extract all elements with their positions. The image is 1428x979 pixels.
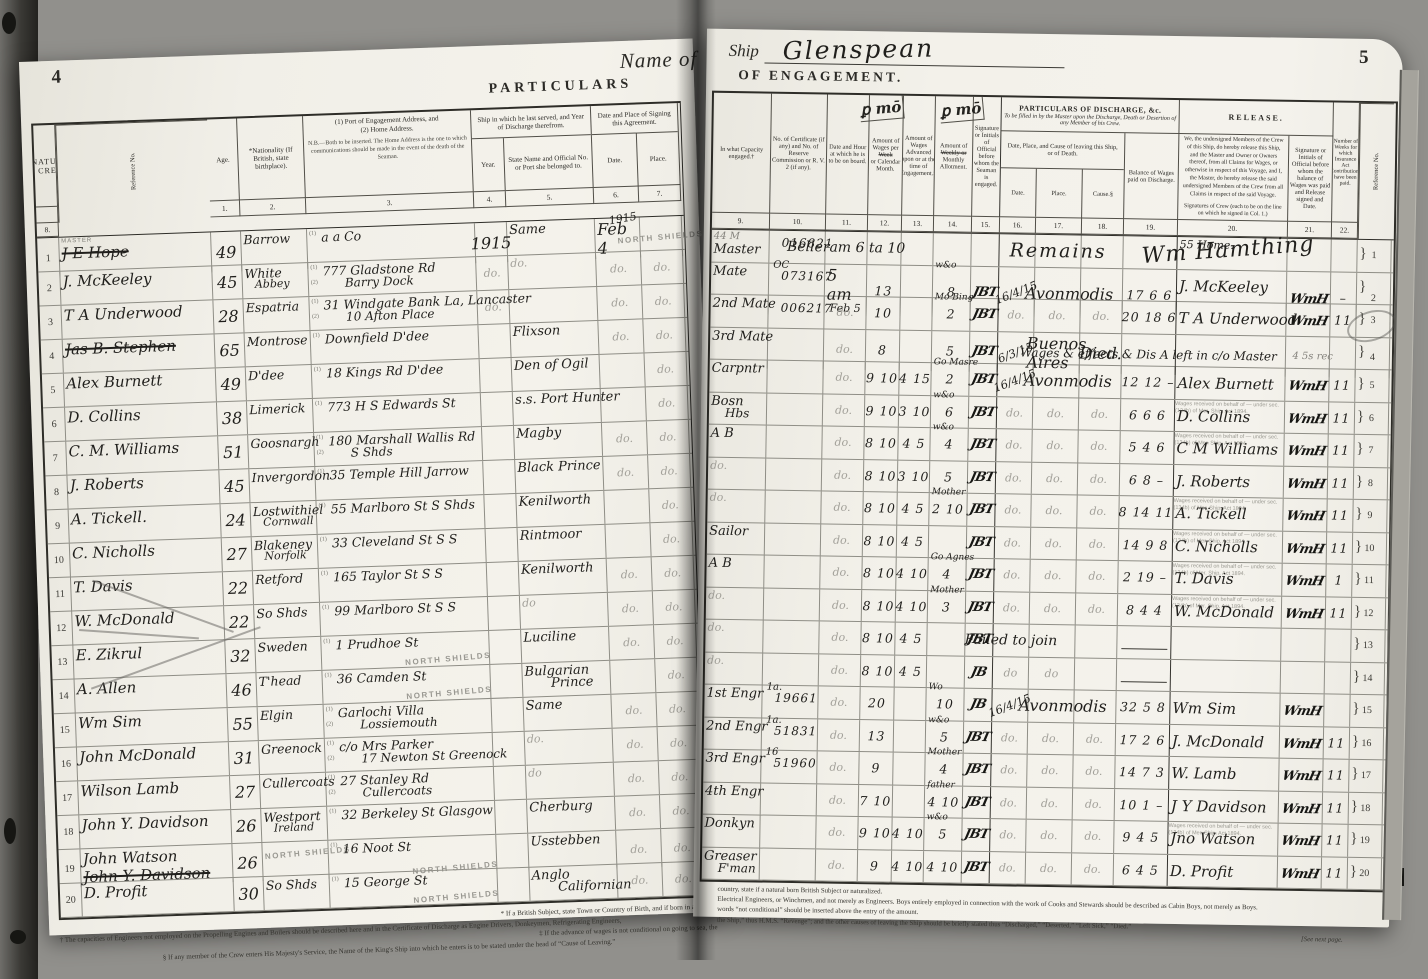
cell-capacity: 2nd Mate <box>710 295 768 327</box>
reference-number: 14 <box>1362 673 1372 684</box>
reference-number: 10 <box>1364 543 1374 554</box>
cell-release <box>1171 659 1281 692</box>
cell-discharge-cause: do. <box>1073 788 1115 820</box>
cell-last-ship: AngloCalifornian <box>529 865 618 901</box>
official-initials: JBT <box>963 795 990 810</box>
crew-signature: C. M. Williams <box>68 437 216 460</box>
cell-release: Wages received on behalf of — under sec.… <box>1173 497 1283 530</box>
advance-value: 4 10 <box>895 598 927 613</box>
weeks-value: 11 <box>1332 443 1350 458</box>
col-header-discharge-cause: Cause.§ <box>1082 170 1124 219</box>
age-value: 28 <box>218 307 239 327</box>
address-line-1: 773 H S Edwards St <box>327 394 478 414</box>
discharge-cause-value: dis <box>1083 697 1107 716</box>
edge-blob <box>10 930 26 944</box>
cell-release: Wages received on behalf of — under sec.… <box>1174 432 1284 465</box>
cell-release: Wages received on behalf of — under sec.… <box>1172 562 1282 595</box>
cell-reference-no: 4 <box>41 340 64 374</box>
cell-wages: 8 10 <box>861 655 895 687</box>
capacity-value: A B <box>709 556 762 572</box>
capacity-value: do. <box>710 458 763 472</box>
cell-year <box>488 596 521 630</box>
col-number-10: 10. <box>770 214 826 231</box>
reference-number: 4 <box>1370 352 1375 363</box>
allotment-note: Mother <box>928 747 962 758</box>
nationality-value: So Shds <box>256 604 317 621</box>
wages-value: 8 10 <box>863 565 895 580</box>
ship-label: Ship <box>729 41 760 60</box>
cell-official <box>971 234 999 266</box>
discharge-place-value: do. <box>1041 764 1058 777</box>
crew-signature: C. Nicholls <box>72 539 220 562</box>
cell-reference-no: 19 <box>58 849 81 888</box>
address-printed-mark: (1) <box>309 231 316 237</box>
age-value: 24 <box>225 510 246 530</box>
age-value: 45 <box>217 273 238 293</box>
advance-value: 3 10 <box>898 403 930 418</box>
reference-number: 6 <box>51 419 56 430</box>
cell-reference-no: }17 <box>1349 760 1383 792</box>
col-header-official-2: Signature or Initials of Official before… <box>1288 136 1333 223</box>
col-header-balance: Balance of Wages paid on Discharge. <box>1124 133 1179 220</box>
date-value: do. <box>616 432 633 446</box>
official-initials: JBT <box>962 859 989 874</box>
board-value: do. <box>829 793 846 806</box>
discharge-date-value: do. <box>1003 601 1020 614</box>
cell-signing-date: do. <box>615 795 661 830</box>
address-line-1: Downfield D'dee <box>325 326 476 346</box>
cell-discharge-date: do. <box>996 429 1032 461</box>
date-value: do. <box>631 874 648 888</box>
official-initials-2: WmH <box>1283 574 1324 590</box>
address-line-1: 35 Temple Hill Jarrow <box>329 462 480 482</box>
age-value: 22 <box>229 612 250 632</box>
address-printed-mark: (1) <box>323 639 330 645</box>
address-line-1: 33 Cleveland St S S <box>332 530 483 550</box>
cell-wages: 13 <box>860 720 894 752</box>
age-value: 46 <box>231 680 252 700</box>
cell-discharge-date: Failed to join <box>993 624 1029 656</box>
board-value: do. <box>834 468 851 481</box>
board-value: do. <box>833 501 850 514</box>
address-printed-mark: (1) <box>326 706 333 712</box>
discharge-cause-value: dis <box>1088 372 1112 391</box>
north-shields-stamp: NORTH SHIELDS <box>413 889 500 905</box>
cell-wages: 9 10 <box>865 395 899 427</box>
cell-nationality: BlakeneyNorfolk <box>252 535 319 570</box>
allotment-value: 5 <box>944 469 953 484</box>
cell-year <box>489 630 522 664</box>
weeks-value: 11 <box>1330 540 1348 555</box>
cell-discharge-date: do. <box>992 722 1028 754</box>
cell-wages: 9 10 <box>858 817 892 849</box>
cell-reference-no: }18 <box>1349 792 1383 824</box>
cell-signature: John McDonald <box>77 742 230 780</box>
release-signature: W. McDonald <box>1174 601 1279 621</box>
reference-number: 13 <box>57 657 67 668</box>
reference-number: 18 <box>1360 803 1370 814</box>
col-number-2: 2. <box>240 198 307 216</box>
cell-year <box>482 426 515 460</box>
cell-certificate-no <box>766 458 822 490</box>
cell-weeks: 11 <box>1322 824 1348 856</box>
release-text: We, the undersigned Members of the Crew … <box>1182 136 1284 200</box>
official-initials-2: WmH <box>1283 607 1324 623</box>
release-signature: D. Profit <box>1170 861 1275 881</box>
cell-last-ship: Kenilworth <box>516 491 605 527</box>
cell-board-time: do. <box>820 556 862 588</box>
weeks-value: 11 <box>1326 800 1344 815</box>
cell-nationality: Sweden <box>255 637 322 672</box>
cell-nationality: Retford <box>253 569 320 604</box>
col-number-14: 14. <box>934 216 972 233</box>
cell-advance: 4 10 <box>892 850 924 882</box>
official-initials: JBT <box>970 307 997 322</box>
cell-reference-no: }6 <box>1355 402 1389 434</box>
scanned-crew-agreement: 4 Name of PARTICULARS Reference No. SIGN… <box>0 0 1428 979</box>
col-header-date: Date. <box>592 134 639 188</box>
allotment-value: 4 <box>944 437 953 452</box>
nationality-value: Retford <box>255 570 316 587</box>
cell-nationality: Cullercoats <box>260 773 327 808</box>
address-printed-mark: (1) <box>321 571 328 577</box>
col-number-9: 9. <box>712 213 770 230</box>
ship-name-value: s.s. Port Hunter <box>515 390 598 408</box>
cell-certificate-no <box>763 653 819 685</box>
allotment-note: w&o <box>927 812 948 822</box>
reference-number: 13 <box>1363 640 1373 651</box>
col-number-1: 1. <box>210 200 241 217</box>
cell-year <box>483 460 516 494</box>
cell-discharge-place: Remains <box>1035 235 1081 267</box>
allotment-value: 5 <box>940 729 949 744</box>
board-value: do. <box>835 371 852 384</box>
crew-signature: J. McKeeley <box>62 268 210 291</box>
nationality-value: T'head <box>258 672 319 689</box>
col-number-5: 5. <box>506 188 595 207</box>
cell-wages: 9 <box>858 850 892 882</box>
ship-name-value: Same <box>509 220 592 238</box>
cell-weeks <box>1325 629 1351 661</box>
discharge-place-value: do. <box>1044 569 1061 582</box>
cell-address: (1)31 Windgate Bank La, Lancaster(2)10 A… <box>309 291 478 330</box>
cell-age: 38 <box>217 401 248 435</box>
cell-board-time: do. <box>819 621 861 653</box>
crew-signature: E. Zikrul <box>75 641 223 664</box>
nationality-value: Sweden <box>257 638 318 655</box>
cell-year: do. <box>476 256 509 290</box>
reference-number: 16 <box>61 759 71 770</box>
cell-signature: J. Roberts <box>67 470 220 508</box>
nationality-value: Barrow <box>243 230 304 247</box>
age-value: 38 <box>222 408 243 428</box>
cell-reference-no: 7 <box>44 442 67 476</box>
cell-reference-no: }20 <box>1348 857 1382 889</box>
cell-official: JBT <box>968 461 996 493</box>
col-number-8: 8. <box>37 223 59 238</box>
edge-blob <box>2 12 16 34</box>
discharge-date-value: do. <box>1003 569 1020 582</box>
cell-weeks <box>1324 694 1350 726</box>
allotment-note: Mother <box>932 487 966 498</box>
address-printed-mark: (1) <box>317 469 324 475</box>
discharge-note: Failed to join <box>965 631 1058 648</box>
cell-weeks: 11 <box>1323 759 1349 791</box>
balance-value: 8 4 4 <box>1126 602 1163 618</box>
brace-mark: } <box>1355 538 1362 555</box>
address-printed-mark: (1) <box>329 808 336 814</box>
date-value: do. <box>629 806 646 820</box>
crew-signature: T. Davis <box>73 573 221 596</box>
cell-certificate-no <box>766 426 822 458</box>
capacity-value: Sailor <box>709 523 762 539</box>
cell-official: JBT <box>969 364 997 396</box>
cell-official-2: WmH <box>1284 434 1328 466</box>
reference-number: 11 <box>55 589 65 600</box>
cell-wages: 10 <box>866 297 900 329</box>
cell-certificate-no <box>765 491 821 523</box>
col-header-age: Age. <box>207 118 240 201</box>
discharge-place-value: do. <box>1041 797 1058 810</box>
balance-value: 17 2 6 <box>1119 732 1165 748</box>
cell-balance: 20 18 6 <box>1122 301 1176 333</box>
discharge-place-value: do. <box>1042 732 1059 745</box>
cell-advance <box>893 753 925 785</box>
cell-nationality: Goosnargh <box>248 433 315 468</box>
cell-official-2: WmH <box>1285 369 1329 401</box>
cell-official: JBT <box>964 721 992 753</box>
ship-name-value: Kenilworth <box>518 492 601 510</box>
cell-year <box>497 868 530 902</box>
brace-mark: } <box>1353 636 1360 653</box>
discharge-cause-value: do. <box>1089 537 1106 550</box>
cell-wages: 9 10 <box>865 362 899 394</box>
year-value: do. <box>483 266 500 280</box>
cell-weeks: 11 <box>1323 792 1349 824</box>
cell-balance: 9 4 5 <box>1114 821 1168 853</box>
col-number-16: 16. <box>1000 217 1036 234</box>
cell-discharge-date: do <box>993 657 1029 689</box>
cell-official: JBT <box>967 494 995 526</box>
cell-discharge-cause: do. <box>1073 755 1115 787</box>
col-header-weeks: Number of Weeks for which Insurance Act … <box>1332 102 1360 222</box>
cell-balance: 32 5 8 <box>1116 691 1170 723</box>
board-value: do. <box>832 598 849 611</box>
cell-advance: 4 5 <box>895 655 927 687</box>
cell-discharge-cause: do. <box>1078 430 1120 462</box>
ship-name-value: Rintmoor <box>520 526 603 544</box>
allotment-note: father <box>927 780 955 790</box>
nationality-value: Espatria <box>245 298 306 315</box>
cell-discharge-date: do. <box>996 462 1032 494</box>
wages-value: 8 10 <box>864 500 896 515</box>
balance-value: 10 1 – <box>1119 797 1163 813</box>
wages-value: 8 10 <box>861 663 893 678</box>
advance-value: 4 5 <box>901 533 924 548</box>
discharge-cause-value: do. <box>1084 830 1101 843</box>
cell-certificate-no <box>764 588 820 620</box>
cell-allotment: Mother2 10 <box>929 493 967 525</box>
col-header-signatures: SIGNATURES OF CREW. <box>33 125 58 208</box>
address-printed-mark: (1) <box>328 774 335 780</box>
cell-weeks <box>1331 239 1357 271</box>
discharge-cause-value: do. <box>1085 765 1102 778</box>
reference-number: 8 <box>54 487 59 498</box>
cell-year <box>486 528 519 562</box>
cell-allotment: w&o4 <box>930 428 968 460</box>
discharge-date-value: do. <box>1005 439 1022 452</box>
cell-reference-no: }13 <box>1351 630 1385 662</box>
cell-wages: 8 10 <box>861 622 895 654</box>
cell-discharge-place: do. <box>1031 495 1077 527</box>
certificate-number: 51960 <box>773 756 814 771</box>
col-number-7: 7. <box>639 185 682 202</box>
cell-official-2: WmH <box>1278 856 1322 888</box>
cell-wages: 8 10 <box>863 525 897 557</box>
reference-number: 17 <box>62 793 72 804</box>
col-group-signing: Date and Place of Signing this Agreement… <box>591 103 681 188</box>
remains-note: Remains <box>1009 239 1106 263</box>
cell-weeks: 11 <box>1329 369 1355 401</box>
cell-last-ship: Kenilworth <box>519 559 608 595</box>
allotment-note: Mo Bing <box>935 292 974 303</box>
allotment-value: 2 <box>945 372 954 387</box>
cell-signing-date <box>610 659 656 694</box>
ship-name-value: Luciline <box>523 628 606 646</box>
balance-value: 14 7 3 <box>1119 764 1165 780</box>
date-value: do. <box>630 842 647 856</box>
date-place-cause-group: Date, Place, and Cause of leaving this S… <box>1000 131 1125 219</box>
address-printed-mark: (1) <box>327 740 334 746</box>
cell-official-2: WmH <box>1279 791 1323 823</box>
official-initials: JBT <box>966 600 993 615</box>
allotment-value: 4 <box>942 567 951 582</box>
age-value: 49 <box>216 242 237 262</box>
cell-discharge-place: do. <box>1032 430 1078 462</box>
age-value: 51 <box>223 442 244 462</box>
cell-reference-no: }14 <box>1351 662 1385 694</box>
cell-age: 32 <box>225 639 256 673</box>
cell-discharge-place: do. <box>1030 592 1076 624</box>
turn-over-note: [See next page. <box>1301 935 1343 946</box>
cell-discharge-date: do. <box>991 754 1027 786</box>
cell-advance <box>901 233 933 265</box>
board-value: do. <box>836 343 853 356</box>
cell-discharge-place: do. <box>1026 852 1072 884</box>
cell-last-ship: do <box>520 593 609 629</box>
place-value: do. <box>658 396 675 410</box>
cell-age: 30 <box>234 877 265 911</box>
right-table-body: 44 MMaster016821Belleram 6 ta 10Remains5… <box>702 230 1394 891</box>
cell-board-time: do. <box>816 816 858 848</box>
cell-reference-no: }7 <box>1354 435 1388 467</box>
weeks-value: 11 <box>1331 508 1349 523</box>
cell-year <box>490 664 523 698</box>
release-signature: J Y Davidson <box>1171 796 1276 816</box>
cell-weeks: 11 <box>1327 499 1353 531</box>
cell-age: 24 <box>221 503 252 537</box>
address-printed-mark-2: (2) <box>329 789 336 795</box>
date-place-cause-label: Date, Place, and Cause of leaving this S… <box>1001 131 1125 170</box>
cell-official: JBT <box>962 851 990 883</box>
discharge-date-value: do. <box>999 861 1016 874</box>
brace-mark: } <box>1355 506 1362 523</box>
cell-wages: 8 10 <box>862 590 896 622</box>
cell-discharge-cause: do. <box>1074 723 1116 755</box>
weeks-value: 11 <box>1329 605 1347 620</box>
capacity-value: A B <box>711 426 764 442</box>
cell-official: JB <box>965 656 993 688</box>
cell-signature: D. Profit <box>82 878 235 916</box>
cell-reference-no: 6 <box>43 408 66 442</box>
cell-nationality: LostwithielCornwall <box>250 501 317 536</box>
reference-number: 19 <box>1360 835 1370 846</box>
left-table-body: 1MASTERJ E Hope49Barrow(1)a a Co1915Same… <box>37 216 707 918</box>
cell-advance <box>894 688 926 720</box>
reference-number: 19 <box>64 863 74 874</box>
page-number: 5 <box>1359 47 1369 69</box>
cell-reference-no: 5 <box>42 374 65 408</box>
cell-last-ship: s.s. Port Hunter <box>513 389 602 425</box>
cell-discharge-date: do. <box>990 819 1026 851</box>
cell-board-time: do. <box>817 751 859 783</box>
cell-official-2: WmH <box>1279 759 1323 791</box>
nationality-value: So Shds <box>266 876 327 893</box>
date-value: do. <box>628 772 645 786</box>
cell-discharge-cause: do. <box>1077 528 1119 560</box>
cell-signing-date: do. <box>603 455 649 490</box>
cell-release: D. Profit <box>1168 854 1278 887</box>
age-value: 30 <box>238 884 259 904</box>
engagement-discharge-table: In what Capacity engaged.† No. of Certif… <box>700 91 1398 893</box>
allotment-value: 10 <box>936 697 954 712</box>
cell-release: Alex Burnett <box>1175 367 1285 400</box>
cell-nationality: So Shds <box>254 603 321 638</box>
cell-reference-no: 3 <box>39 306 62 340</box>
cell-certificate-no <box>767 361 823 393</box>
brace-mark: } <box>1354 603 1361 620</box>
reference-number: 1 <box>1371 250 1376 261</box>
cell-official-2: WmH <box>1285 401 1329 433</box>
discharge-date-value: do <box>1003 666 1017 679</box>
allotment-note: w&o <box>928 715 949 725</box>
cell-advance <box>900 298 932 330</box>
cell-signature: J. McKeeley <box>60 266 213 304</box>
allotment-note: w&o <box>935 260 956 270</box>
reference-number: 7 <box>1368 445 1373 456</box>
crew-signature: D. Collins <box>67 403 215 426</box>
discharge-date-value: do. <box>1005 471 1022 484</box>
reference-number: 16 <box>1361 738 1371 749</box>
cell-certificate-no <box>765 523 821 555</box>
cell-signature: T A Underwood <box>61 300 214 338</box>
cell-reference-no: }11 <box>1352 565 1386 597</box>
ship-name-value: do <box>528 764 611 780</box>
cell-release <box>1171 627 1281 660</box>
pencil-note: 44 M <box>714 231 767 243</box>
age-value: 49 <box>220 374 241 394</box>
cell-age: 45 <box>219 469 250 503</box>
capacity-value: do. <box>710 491 763 505</box>
address-printed-mark: (1) <box>320 537 327 543</box>
brace-mark: } <box>1354 571 1361 588</box>
handwritten-per-month-mark: ꝑ mō <box>939 97 984 124</box>
cell-last-ship: Den of Ogil <box>512 355 601 391</box>
brace-mark: } <box>1358 343 1365 360</box>
age-value: 32 <box>230 646 251 666</box>
cell-last-ship: Same <box>523 695 612 731</box>
edge-blob <box>4 818 16 844</box>
